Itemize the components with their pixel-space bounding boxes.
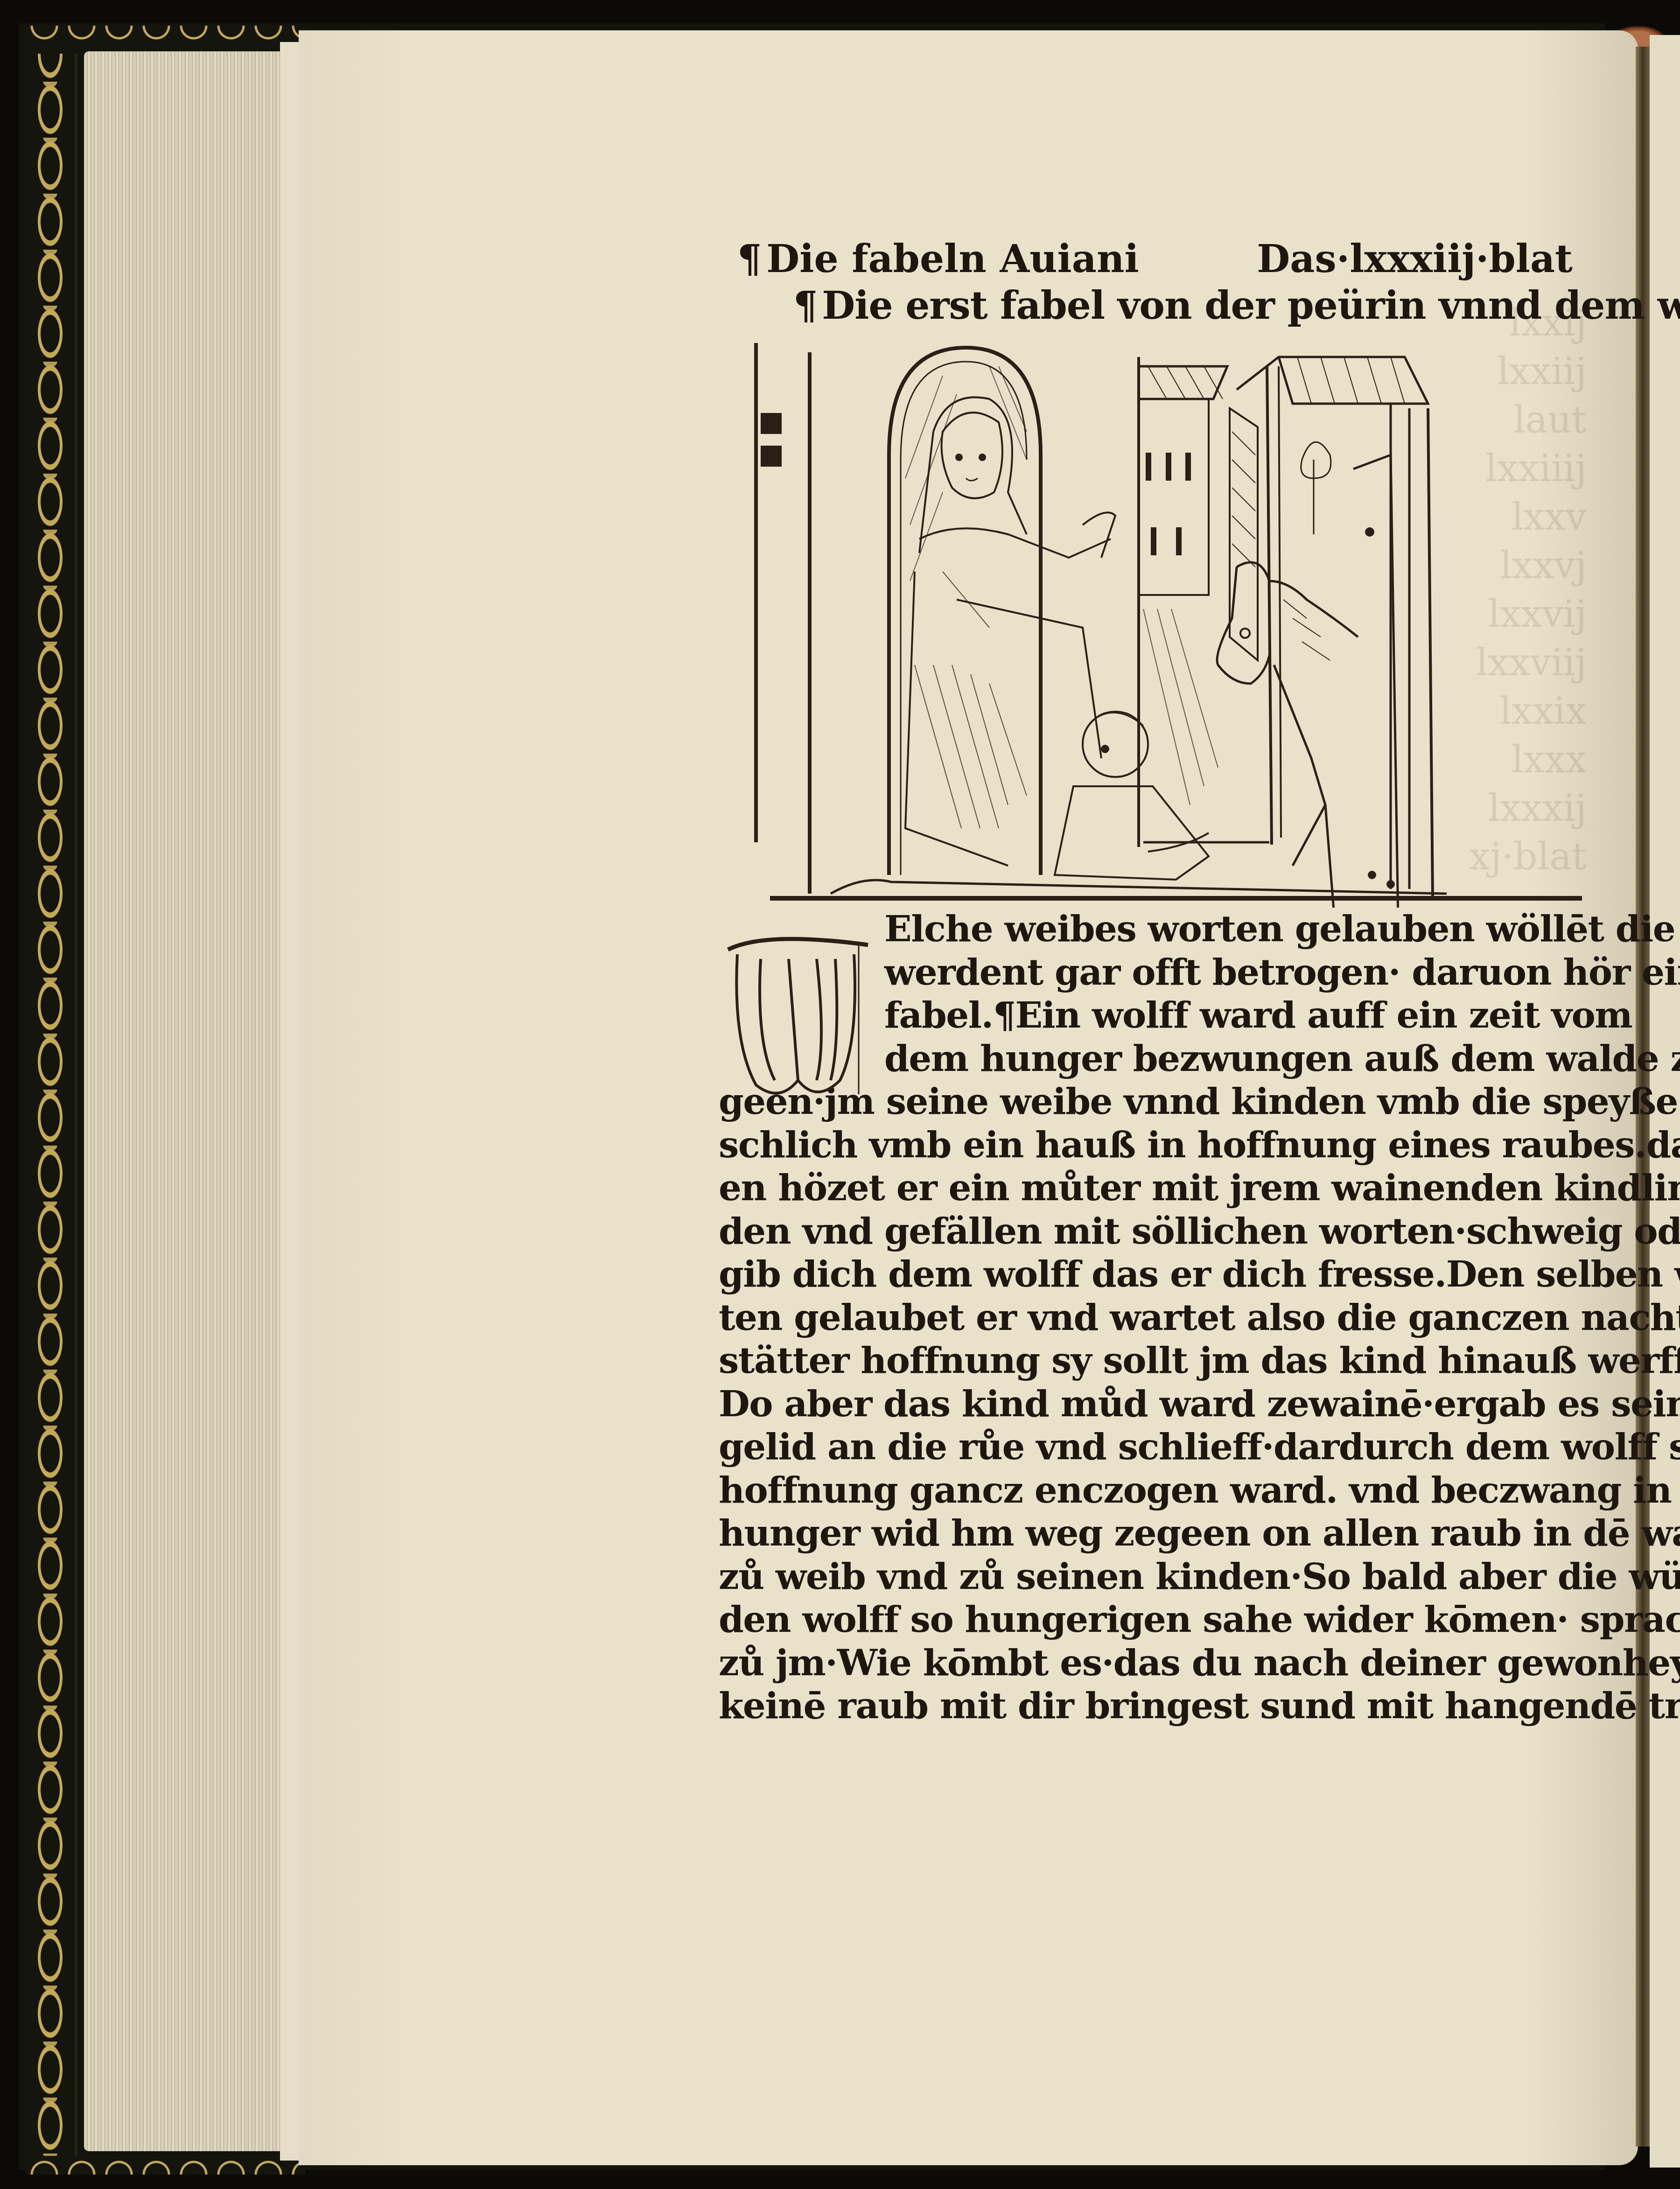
- text-line: keinē raub mit dir bringest sund mit han…: [719, 1685, 1596, 1728]
- text-line: zů jm·Wie kōmbt es·das du nach deiner ge…: [719, 1642, 1596, 1685]
- paragraph-mark-icon: ¶: [793, 283, 817, 328]
- page-edges: [84, 51, 303, 2151]
- initial-letter-w-icon: [719, 926, 873, 1104]
- text-line: Do aber das kind můd ward zewainē·ergab …: [719, 1383, 1596, 1426]
- chapter-title-text: Die erst fabel von der peürin vnnd dem w…: [822, 283, 1680, 328]
- folio-number: Das·lxxxiij·blat: [1257, 233, 1573, 285]
- text-line: gelid an die růe vnd schlieff·dardurch d…: [719, 1426, 1596, 1469]
- text-line: ten gelaubet er vnd wartet also die ganc…: [719, 1296, 1596, 1340]
- running-head-title: Die fabeln Auiani: [766, 237, 1139, 281]
- text-line: gib dich dem wolff das er dich fresse.De…: [719, 1253, 1596, 1296]
- text-line: hoffnung gancz enczogen ward. vnd beczwa…: [719, 1469, 1596, 1512]
- woodcut-image: [747, 338, 1587, 908]
- text-line: stätter hoffnung sy sollt jm das kind hi…: [719, 1339, 1596, 1383]
- gilt-border-left: [26, 26, 77, 2168]
- paragraph-mark-icon: ¶: [737, 237, 762, 281]
- running-head: ¶Die fabeln Auiani Das·lxxxiij·blat: [719, 233, 1587, 285]
- text-line: den vnd gefällen mit söllichen worten·sc…: [719, 1210, 1596, 1253]
- text-line: zů weib vnd zů seinen kinden·So bald abe…: [719, 1555, 1596, 1599]
- chapter-title: ¶Die erst fabel von der peürin vnnd dem …: [793, 282, 1577, 329]
- decorated-initial-w: [719, 926, 873, 1104]
- gilt-border-bottom: [26, 2156, 306, 2175]
- text-line: schlich vmb ein hauß in hoffnung eines r…: [719, 1124, 1596, 1167]
- text-line: den wolff so hungerigen sahe wider kōmen…: [719, 1598, 1596, 1642]
- gilt-border-top: [26, 26, 306, 54]
- text-line: hunger wid hm weg zegeen on allen raub i…: [719, 1512, 1596, 1555]
- running-head-left: ¶Die fabeln Auiani: [737, 233, 1139, 285]
- text-line: en hözet er ein můter mit jrem wainenden…: [719, 1167, 1596, 1210]
- woodcut-illustration: [747, 338, 1587, 908]
- fable-text: Elche weibes worten gelauben wöllēt die …: [719, 908, 1596, 1728]
